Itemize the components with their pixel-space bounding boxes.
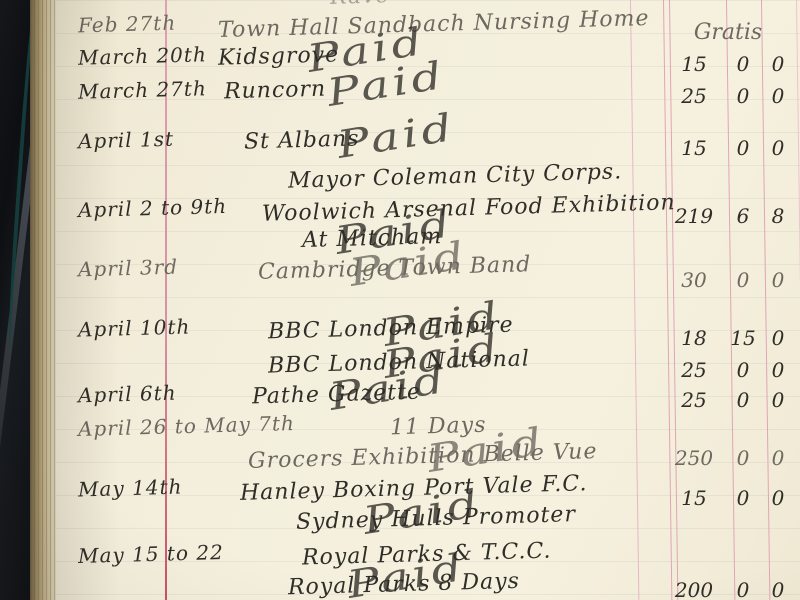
amount-pence: 0 [760, 52, 796, 76]
amount-pounds: 200 [666, 578, 722, 600]
amount-pounds: 25 [666, 358, 722, 382]
amount-pounds: 30 [666, 268, 722, 292]
entry-date: April 1st [78, 127, 175, 154]
amount-pence: 8 [760, 204, 796, 228]
amount-pence: 0 [760, 136, 796, 160]
amount-shillings: 0 [727, 578, 759, 600]
amount-shillings: 0 [727, 446, 759, 470]
entry-description: Rave [330, 0, 390, 10]
entry-date: April 6th [78, 381, 177, 408]
amount-pence: 0 [760, 268, 796, 292]
ledger-row: Royal Parks 8 DaysPaid20000 [0, 572, 800, 600]
amount-pounds: 219 [666, 204, 722, 228]
amount-pence: 0 [760, 84, 796, 108]
entry-date: May 15 to 22 [78, 540, 224, 568]
amount-shillings: 0 [727, 268, 759, 292]
amount-pounds: 25 [666, 84, 722, 108]
amount-pounds: 15 [666, 136, 722, 160]
amount-pounds: 15 [666, 52, 722, 76]
amount-pence: 0 [760, 388, 796, 412]
ledger-row: April 1stSt AlbansPaid1500 [0, 128, 800, 164]
ledger-row: Mayor Coleman City Corps. [0, 164, 800, 200]
amount-shillings: 0 [727, 388, 759, 412]
entry-date: April 3rd [78, 255, 179, 282]
amount-shillings: 6 [727, 204, 759, 228]
entry-date: March 27th [78, 76, 207, 104]
entry-date: April 10th [78, 314, 191, 341]
amount-shillings: 0 [727, 358, 759, 382]
entry-description: Town Hall Sandbach Nursing Home [218, 6, 650, 43]
amount-pence: 0 [760, 326, 796, 350]
ledger-rows: RaveFeb 27thTown Hall Sandbach Nursing H… [0, 0, 800, 600]
entry-description: Mayor Coleman City Corps. [288, 159, 623, 193]
paid-scrawl: Paid [335, 112, 457, 160]
amount-pence: 0 [760, 578, 796, 600]
amount-shillings: 0 [727, 52, 759, 76]
amount-pounds: 25 [666, 388, 722, 412]
amount-pence: 0 [760, 358, 796, 382]
entry-description: Runcorn [224, 77, 327, 105]
ledger-row: March 27thRuncornPaid2500 [0, 78, 800, 114]
amount-pounds: 18 [666, 326, 722, 350]
ledger-row: Grocers Exhibition Belle VuePaid25000 [0, 444, 800, 480]
ledger-photo: RaveFeb 27thTown Hall Sandbach Nursing H… [0, 0, 800, 600]
amount-pence: 0 [760, 446, 796, 470]
entry-date: Feb 27th [78, 11, 177, 38]
amount-shillings: 0 [727, 136, 759, 160]
amount-gratis: Gratis [662, 20, 794, 45]
ledger-row: Sydney Hulls PromoterPaid [0, 506, 800, 542]
amount-shillings: 0 [727, 84, 759, 108]
ledger-row: April 3rdCambridge Town BandPaid3000 [0, 256, 800, 292]
entry-date: April 2 to 9th [78, 194, 228, 222]
entry-date: May 14th [78, 475, 183, 502]
entry-date: March 20th [78, 42, 207, 70]
entry-description: Woolwich Arsenal Food Exhibition [262, 190, 676, 227]
amount-pounds: 250 [666, 446, 722, 470]
entry-date: April 26 to May 7th [78, 411, 295, 441]
amount-shillings: 15 [727, 326, 759, 350]
ledger-row: April 6thPathe GazettePaid2500 [0, 382, 800, 418]
